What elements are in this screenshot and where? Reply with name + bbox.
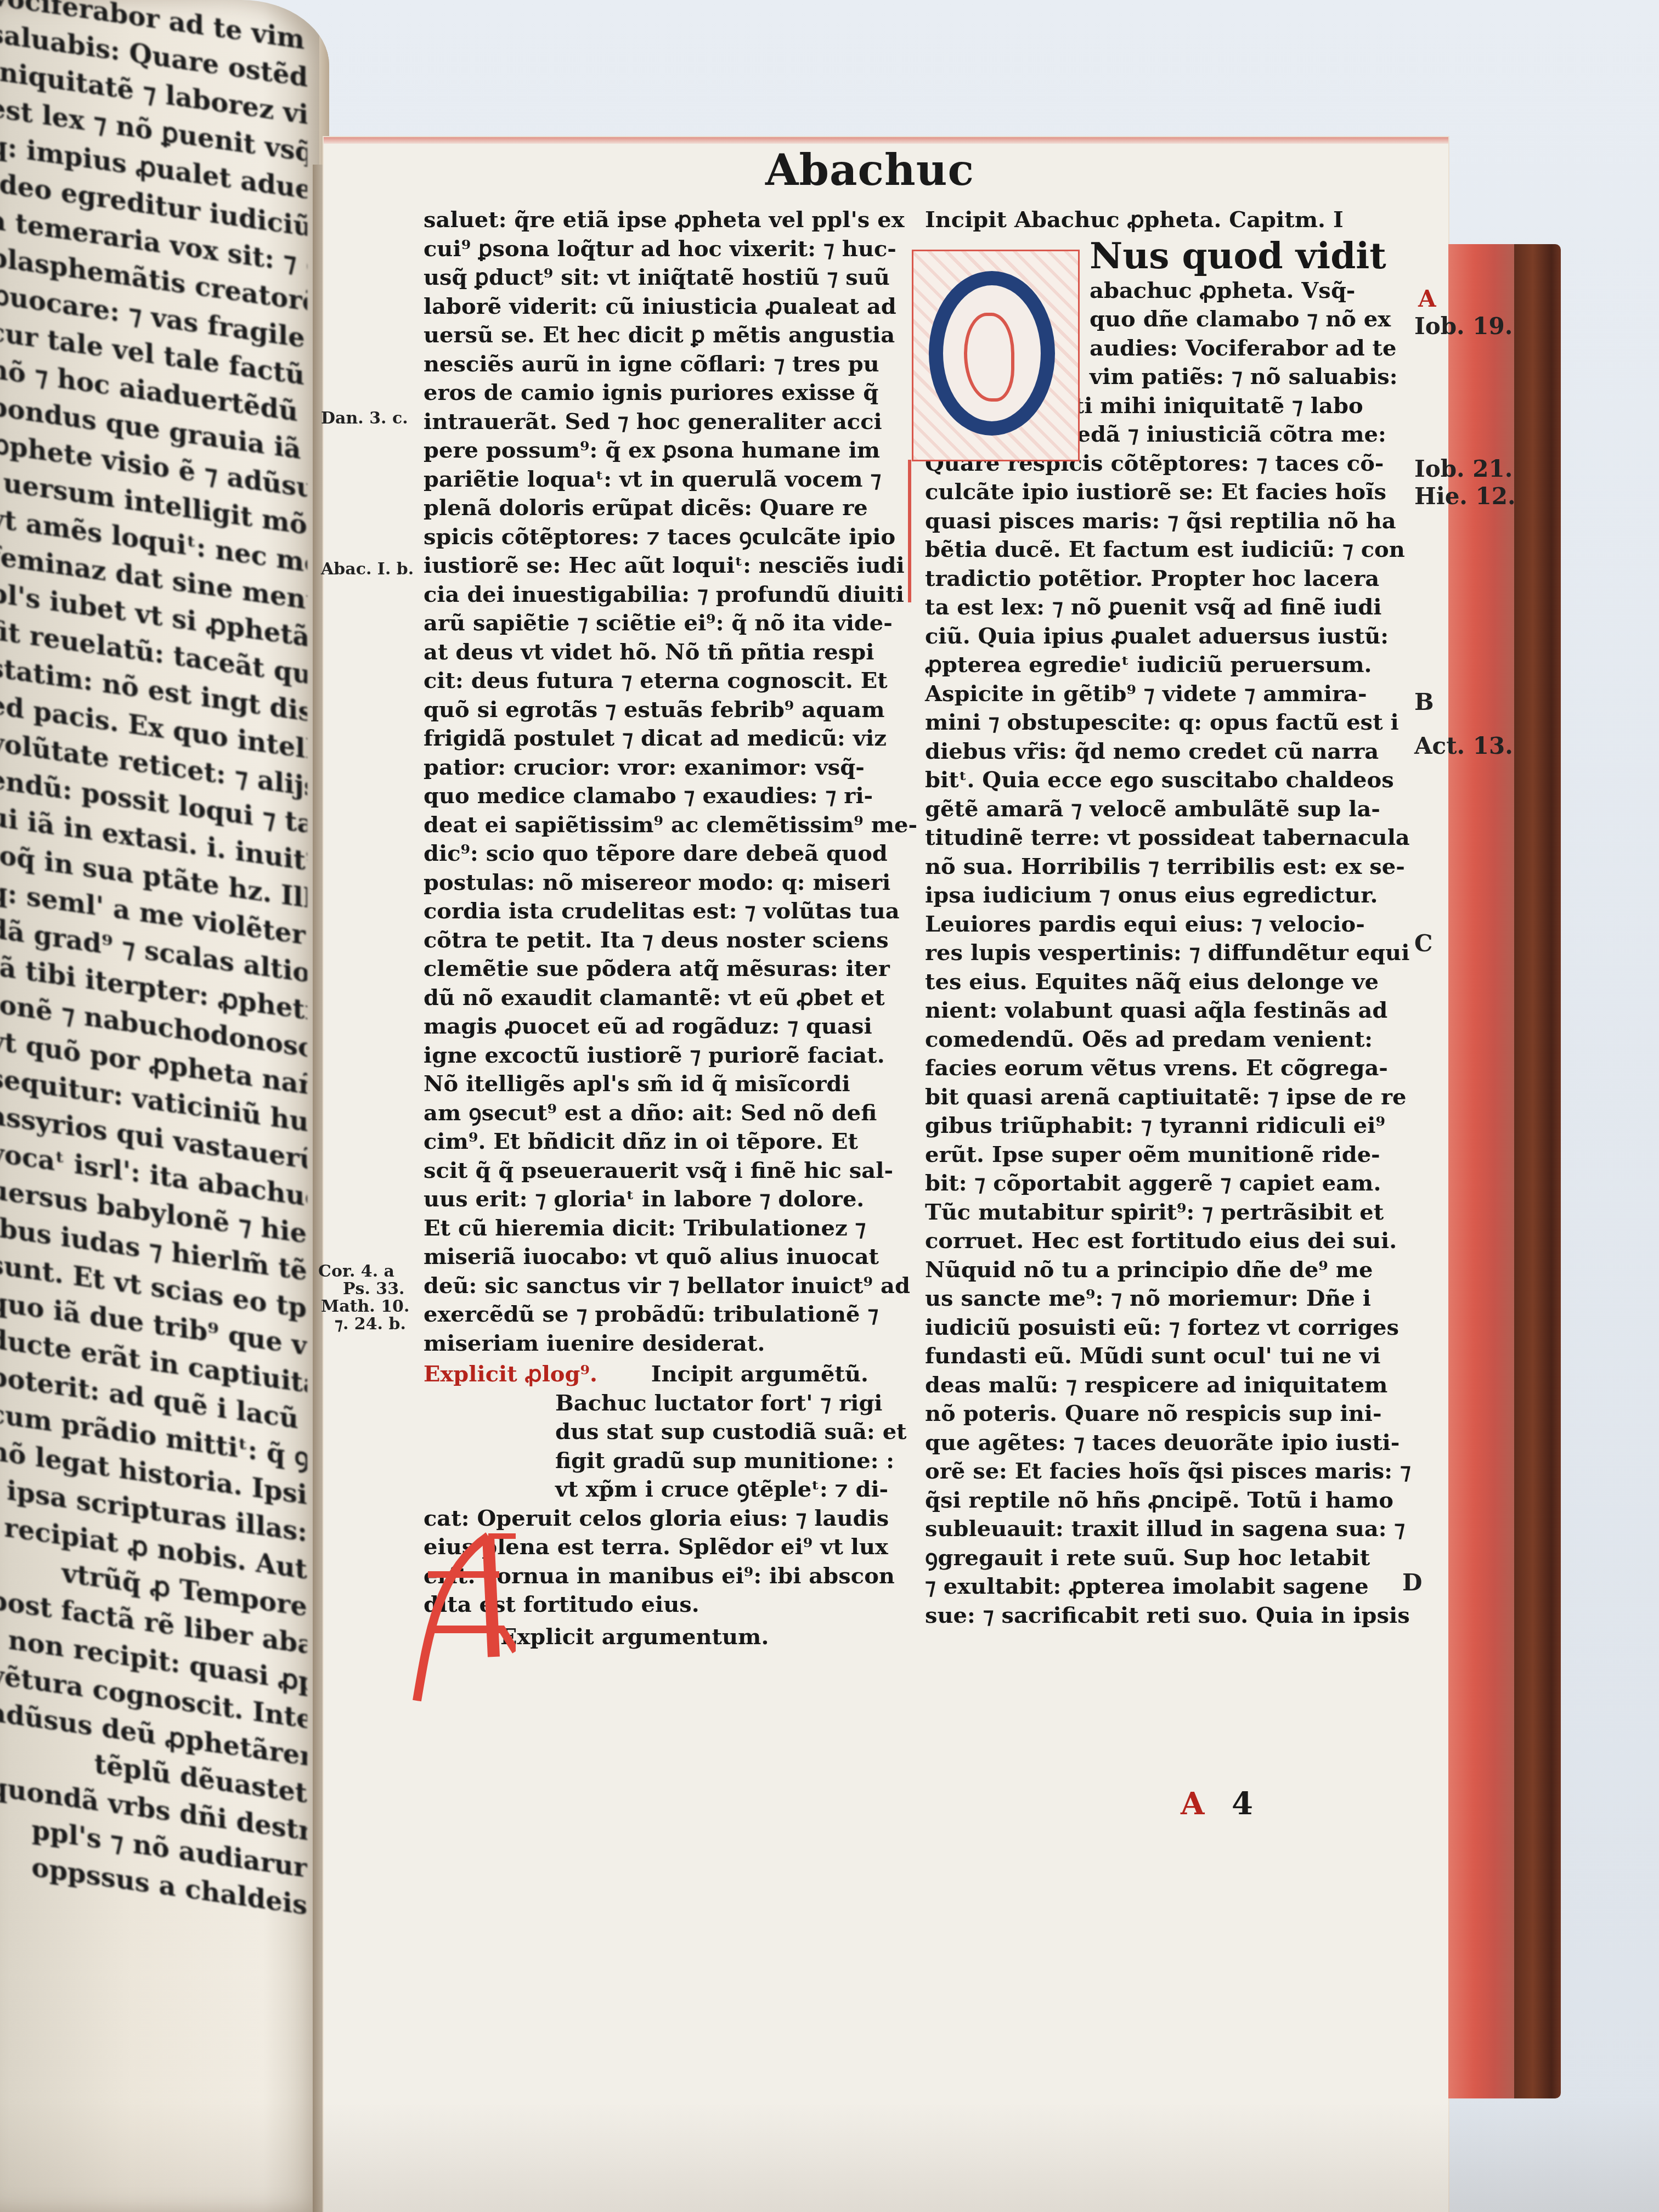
text-line: orẽ se: Et facies hoĩs q̃si pisces maris… — [925, 1457, 1408, 1486]
text-line: figit gradũ sup munitione: : — [424, 1447, 895, 1476]
text-line: culcãte ipio iustiorẽ se: Et facies hoĩs — [925, 478, 1408, 507]
text-line: magis ꝓuocet eũ ad rogãduz: ⁊ quasi — [424, 1012, 895, 1041]
verso-text-block: Vociferabor ad te vim patisaluabis: Quar… — [0, 0, 307, 1925]
text-line: q̃si reptile nõ hñs ꝓncipẽ. Totũ i hamo — [925, 1486, 1408, 1515]
commentary-text: saluet: q̃re etiã ipse ꝓpheta vel ppl's … — [424, 206, 895, 1358]
text-line: deũ: sic sanctus vir ⁊ bellator inuict⁹ … — [424, 1272, 895, 1301]
text-line: spicis cõtẽptores: ⁊ taces ꝯculcãte ipio — [424, 523, 895, 552]
text-line: Bachuc luctator fort' ⁊ rigi — [424, 1389, 895, 1418]
text-line: usq̃ ꝑduct⁹ sit: vt iniq̃tatẽ hostiũ ⁊ s… — [424, 263, 895, 292]
margin-note-math: Math. 10. — [321, 1297, 409, 1316]
text-line: Aspicite in gẽtib⁹ ⁊ videte ⁊ ammira- — [925, 680, 1408, 709]
text-line: dũ nõ exaudit clamantẽ: vt eũ ꝓbet et — [424, 984, 895, 1013]
text-line: frigidã postulet ⁊ dicat ad medicũ: viz — [424, 724, 895, 753]
text-line: dic⁹: scio quo tẽpore dare debeã quod — [424, 839, 895, 868]
text-line: patior: crucior: vror: exanimor: vsq̃- — [424, 753, 895, 782]
text-line: bit quasi arenã captiuitatẽ: ⁊ ipse de r… — [925, 1083, 1408, 1112]
margin-note-iob-19: Iob. 19. — [1414, 313, 1513, 340]
text-line: comedendũ. Oẽs ad predam venient: — [925, 1025, 1408, 1054]
photo-shadow — [0, 2102, 1659, 2212]
text-line: fundasti eũ. Mũdi sunt ocul' tui ne vi — [925, 1342, 1408, 1371]
text-line: cia dei inuestigabilia: ⁊ profundũ diuit… — [424, 580, 895, 610]
red-initial-a — [406, 1525, 516, 1706]
text-line: res lupis vespertinis: ⁊ diffundẽtur equ… — [925, 939, 1408, 968]
text-line: miseriã iuocabo: vt quõ alius inuocat — [424, 1243, 895, 1272]
incipit-argument: Incipit argumẽtũ. — [651, 1361, 868, 1387]
text-line: Leuiores pardis equi eius: ⁊ velocio- — [925, 910, 1408, 939]
text-line: tes eius. Equites nãq̃ eius delonge ve — [925, 968, 1408, 997]
text-line: diebus vr̃is: q̃d nemo credet cũ narra — [925, 737, 1408, 766]
text-line: scit q̃ q̃ pseuerauerit vsq̃ i finẽ hic … — [424, 1156, 895, 1186]
margin-note-abac: Abac. I. b. — [321, 560, 414, 579]
decorated-initial-o — [912, 250, 1080, 461]
text-line: bitᵗ. Quia ecce ego suscitabo chaldeos — [925, 766, 1408, 795]
text-line: quo medice clamabo ⁊ exaudies: ⁊ ri- — [424, 782, 895, 811]
text-line: tradictio potẽtior. Propter hoc lacera — [925, 565, 1408, 594]
text-line: bit: ⁊ cõportabit aggerẽ ⁊ capiet eam. — [925, 1169, 1408, 1198]
text-line: ipsa iudicium ⁊ onus eius egredictur. — [925, 881, 1408, 910]
text-line: cõtra te petit. Ita ⁊ deus noster sciens — [424, 926, 895, 955]
initial-a-glyph — [406, 1525, 516, 1706]
red-stained-fore-edge — [1448, 244, 1514, 2098]
text-line: iudiciũ posuisti eũ: ⁊ fortez vt corrige… — [925, 1313, 1408, 1342]
text-line: intrauerãt. Sed ⁊ hoc generaliter acci — [424, 408, 895, 437]
text-line: clemẽtie sue põdera atq̃ mẽsuras: iter — [424, 955, 895, 984]
text-line: uus erit: ⁊ gloriaᵗ in labore ⁊ dolore. — [424, 1185, 895, 1214]
text-line: deat ei sapiẽtissim⁹ ac clemẽtissim⁹ me- — [424, 811, 895, 840]
text-line: quõ si egrotãs ⁊ estuãs febrib⁹ aquam — [424, 696, 895, 725]
running-head: Abachuc — [765, 145, 974, 195]
chapter-heading: Incipit Abachuc ꝓpheta. Capitm. I — [925, 206, 1408, 235]
text-line: exercẽdũ se ⁊ probãdũ: tribulationẽ ⁊ — [424, 1300, 895, 1329]
text-line: saluet: q̃re etiã ipse ꝓpheta vel ppl's … — [424, 206, 895, 235]
margin-letter-d: D — [1402, 1569, 1422, 1596]
text-line: subleuauit: traxit illud in sagena sua: … — [925, 1515, 1408, 1544]
text-line: pariẽtie loquaᵗ: vt in querulã vocem ⁊ — [424, 465, 895, 494]
text-line: quasi pisces maris: ⁊ q̃si reptilia nõ h… — [925, 507, 1408, 536]
text-line: Tũc mutabitur spirit⁹: ⁊ pertrãsibit et — [925, 1198, 1408, 1227]
text-line: que agẽtes: ⁊ taces deuorãte ipio iusti- — [925, 1429, 1408, 1458]
text-line: gẽtẽ amarã ⁊ velocẽ ambulãtẽ sup la- — [925, 795, 1408, 824]
margin-letter-b: B — [1414, 689, 1434, 715]
text-line: iustiorẽ se: Hec aũt loquiᵗ: nesciẽs iud… — [424, 551, 895, 580]
margin-letter-a: A — [1418, 285, 1436, 312]
text-line: mini ⁊ obstupescite: q: opus factũ est i — [925, 708, 1408, 737]
text-line: cit: deus futura ⁊ eterna cognoscit. Et — [424, 667, 895, 696]
text-line: pere possum⁹: q̃ ex ꝑsona humane im — [424, 436, 895, 465]
text-line: ⁊ exultabit: ꝓpterea imolabit sagene — [925, 1572, 1408, 1601]
text-line: ꝯgregauit i rete suũ. Sup hoc letabit — [925, 1544, 1408, 1573]
prologue-explicit-line: Explicit ꝓlog⁹. Incipit argumẽtũ. — [424, 1360, 895, 1389]
verso-page: Vociferabor ad te vim patisaluabis: Quar… — [0, 0, 329, 2212]
text-line: nesciẽs aurũ in igne cõflari: ⁊ tres pu — [424, 350, 895, 379]
text-line: cim⁹. Et bñdicit dñz in oi tẽpore. Et — [424, 1127, 895, 1156]
text-line: am ꝯsecut⁹ est a dño: ait: Sed nõ defi — [424, 1099, 895, 1128]
initial-o-penwork-stem — [908, 460, 911, 602]
text-line: igne excoctũ iustiorẽ ⁊ puriorẽ faciat. — [424, 1041, 895, 1070]
initial-o-blue-ring — [929, 271, 1055, 436]
text-line: nõ poteris. Quare nõ respicis sup ini- — [925, 1400, 1408, 1429]
margin-note-act-13: Act. 13. — [1414, 732, 1513, 759]
text-line: Nũquid nõ tu a principio dñe de⁹ me — [925, 1256, 1408, 1285]
running-head-text: Abachuc — [765, 145, 974, 195]
text-line: plenã doloris erũpat dicẽs: Quare re — [424, 494, 895, 523]
text-line: arũ sapiẽtie ⁊ sciẽtie ei⁹: q̃ nõ ita vi… — [424, 609, 895, 638]
text-line: at deus vt videt hõ. Nõ tñ pñtia respi — [424, 638, 895, 667]
leather-binding-edge — [1514, 244, 1561, 2098]
text-line: erũt. Ipse super oẽm munitionẽ ride- — [925, 1141, 1408, 1170]
margin-note-iob-21: Iob. 21. — [1414, 455, 1513, 482]
text-line: bẽtia ducẽ. Et factum est iudiciũ: ⁊ con — [925, 535, 1408, 565]
text-line: uersũ se. Et hec dicit ꝑ mẽtis angustia — [424, 321, 895, 350]
text-line: postulas: nõ misereor modo: q: miseri — [424, 868, 895, 898]
text-line: ta est lex: ⁊ nõ ꝑuenit vsq̃ ad finẽ iud… — [925, 593, 1408, 622]
text-line: Et cũ hieremia dicit: Tribulationez ⁊ — [424, 1214, 895, 1243]
signature-mark: A — [1181, 1786, 1204, 1822]
margin-note-ps: Ps. 33. — [343, 1279, 405, 1299]
text-line: eros de camio ignis puriores exisse q̃ — [424, 379, 895, 408]
biblical-text: abachuc ꝓpheta. Vsq̃-quo dñe clamabo ⁊ n… — [925, 276, 1408, 1630]
margin-note-cor: Cor. 4. a — [318, 1262, 394, 1281]
text-line: us sancte me⁹: ⁊ nõ moriemur: Dñe i — [925, 1284, 1408, 1313]
explicit-argument: Explicit argumentum. — [500, 1624, 769, 1650]
text-line: nõ sua. Horribilis ⁊ terribilis est: ex … — [925, 853, 1408, 882]
text-line: sue: ⁊ sacrificabit reti suo. Quia in ip… — [925, 1601, 1408, 1630]
text-line: facies eorum vẽtus vrens. Et cõgrega- — [925, 1054, 1408, 1083]
text-line: vt xp̃m i cruce ꝯtẽpleᵗ: ⁊ di- — [424, 1475, 895, 1504]
margin-note-ref: ⁊. 24. b. — [335, 1314, 406, 1334]
text-line: ciũ. Quia ipius ꝓualet aduersus iustũ: — [925, 622, 1408, 651]
text-line: corruet. Hec est fortitudo eius dei sui. — [925, 1227, 1408, 1256]
margin-note-dan: Dan. 3. c. — [321, 409, 408, 428]
text-line: ꝓpterea egredieᵗ iudiciũ peruersum. — [925, 651, 1408, 680]
text-line: miseriam iuenire desiderat. — [424, 1329, 895, 1358]
text-line: gibus triũphabit: ⁊ tyranni ridiculi ei⁹ — [925, 1111, 1408, 1141]
text-line: cordia ista crudelitas est: ⁊ volũtas tu… — [424, 897, 895, 926]
text-column-left: saluet: q̃re etiã ipse ꝓpheta vel ppl's … — [424, 206, 895, 1651]
text-line: titudinẽ terre: vt possideat tabernacula — [925, 823, 1408, 853]
folio-number: 4 — [1232, 1786, 1253, 1822]
explicit-prologue: Explicit ꝓlog⁹. — [424, 1361, 597, 1387]
text-line: Nõ itelligẽs apl's sm̃ id q̃ misĩcordi — [424, 1070, 895, 1099]
text-line: cui⁹ ꝑsona loq̃tur ad hoc vixerit: ⁊ huc… — [424, 235, 895, 264]
margin-note-hie-12: Hie. 12. — [1414, 483, 1516, 510]
text-line: laborẽ viderit: cũ iniusticia ꝓualeat ad — [424, 292, 895, 321]
margin-letter-c: C — [1414, 930, 1432, 957]
text-line: nient: volabunt quasi aq̃la festinãs ad — [925, 996, 1408, 1025]
text-line: dus stat sup custodiã suã: et — [424, 1418, 895, 1447]
text-line: deas malũ: ⁊ respicere ad iniquitatem — [925, 1371, 1408, 1400]
